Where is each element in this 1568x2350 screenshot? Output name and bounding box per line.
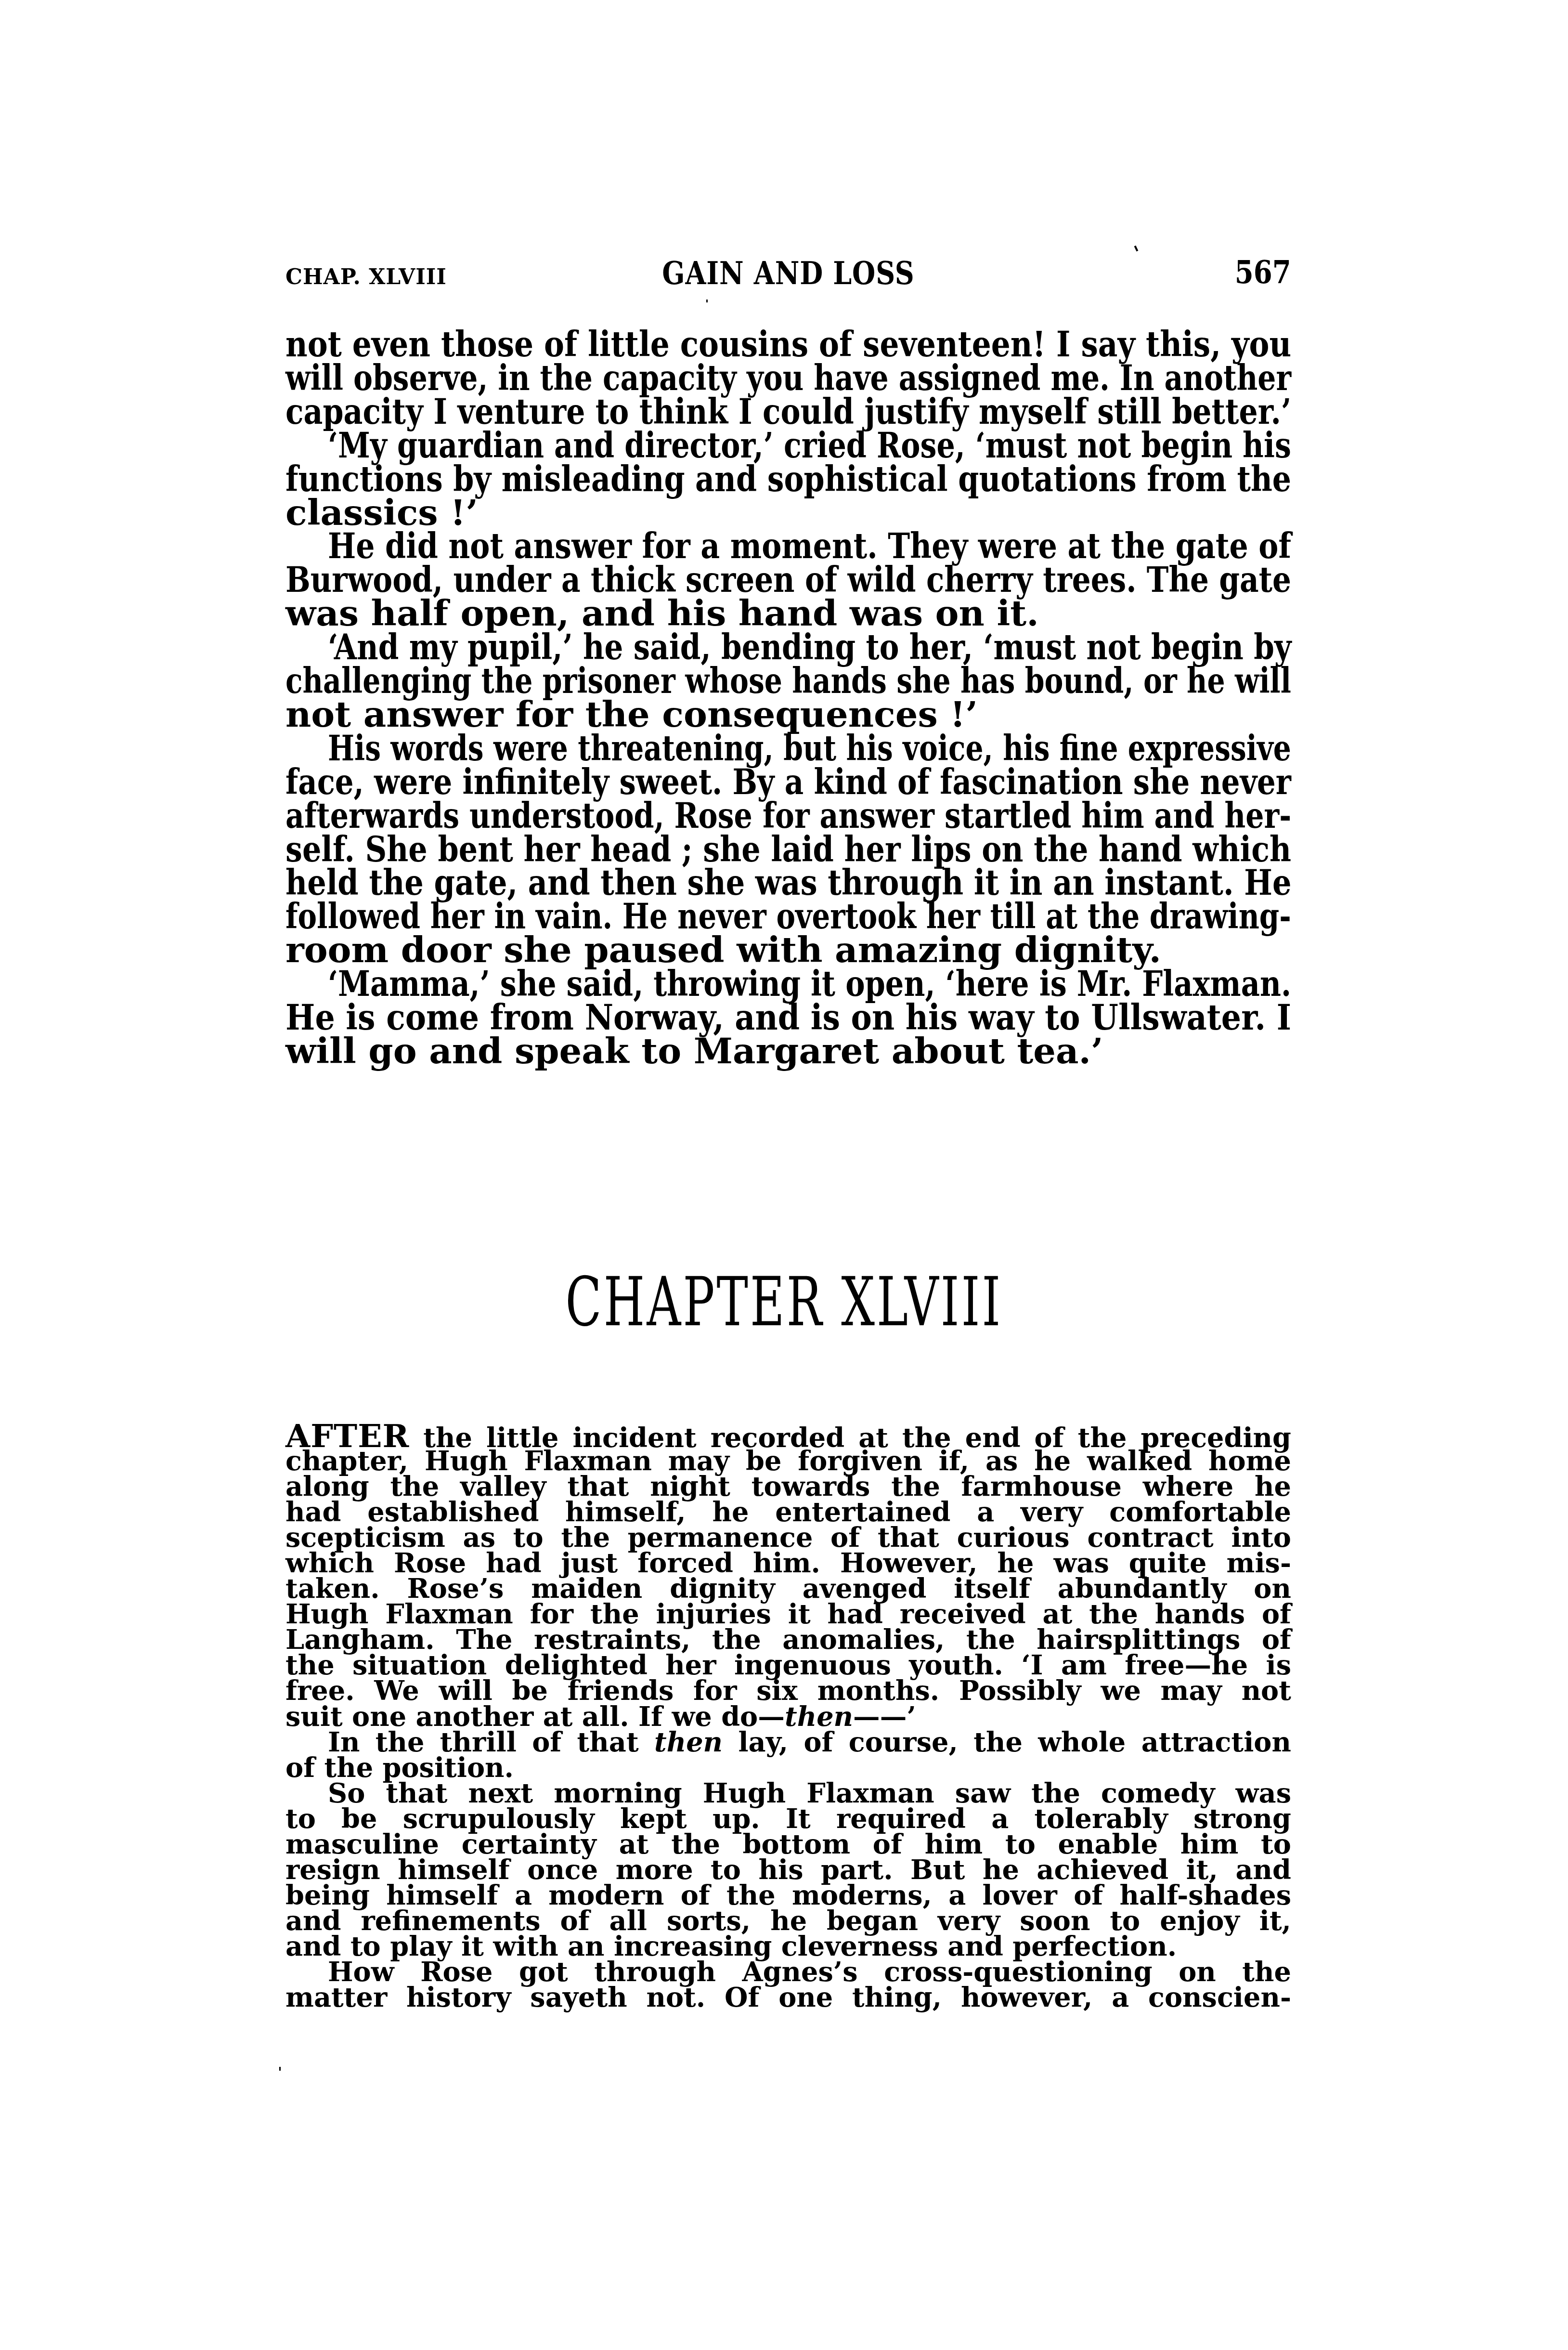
text-line: suit one another at all. If we do—then——… (285, 1693, 1291, 1722)
text-line: to be scrupulously kept up. It required … (285, 1795, 1291, 1824)
text-line: followed her in vain. He never overtook … (285, 892, 1291, 926)
chapter-opening-line: After the little incident recorded at th… (285, 1412, 1291, 1441)
text-line: which Rose had just forced him. However,… (285, 1540, 1291, 1568)
book-page: CHAP. XLVIII GAIN AND LOSS 567 not even … (0, 0, 1568, 2350)
text-line: Burwood, under a thick screen of wild ch… (285, 556, 1291, 589)
text-line: face, were infinitely sweet. By a kind o… (285, 758, 1291, 792)
paragraph-start-line: ‘Mamma,’ she said, throwing it open, ‘he… (328, 960, 1291, 993)
text-line: of the position. (285, 1744, 1291, 1773)
text-line: free. We will be friends for six months.… (285, 1667, 1291, 1696)
text-line: Langham. The restraints, the anomalies, … (285, 1616, 1291, 1645)
text-line: matter history sayeth not. Of one thing,… (285, 1974, 1291, 2003)
text-line: room door she paused with amazing dignit… (285, 926, 1291, 960)
text-line: afterwards understood, Rose for answer s… (285, 792, 1291, 825)
text-line: Hugh Flaxman for the injuries it had rec… (285, 1591, 1291, 1619)
paragraph-start-line: He did not answer for a moment. They wer… (328, 522, 1291, 556)
paragraph-start-line: ‘My guardian and director,’ cried Rose, … (328, 421, 1291, 455)
text-line: along the valley that night towards the … (285, 1463, 1291, 1492)
text-line: not even those of little cousins of seve… (285, 320, 1291, 354)
paragraph-start-line: His words were threatening, but his voic… (328, 724, 1291, 758)
text-line: was half open, and his hand was on it. (285, 589, 1291, 623)
text-line: the situation delighted her ingenuous yo… (285, 1642, 1291, 1671)
paragraph-start-line: So that next morning Hugh Flaxman saw th… (328, 1770, 1291, 1799)
text-line: chapter, Hugh Flaxman may be forgiven if… (285, 1437, 1291, 1466)
text-line: taken. Rose’s maiden dignity avenged its… (285, 1565, 1291, 1594)
scan-speck (706, 300, 708, 302)
text-line: functions by misleading and sophistical … (285, 455, 1291, 489)
text-line: had established himself, he entertained … (285, 1488, 1291, 1517)
text-line: scepticism as to the permanence of that … (285, 1514, 1291, 1543)
text-line: being himself a modern of the moderns, a… (285, 1872, 1291, 1901)
running-head: CHAP. XLVIII GAIN AND LOSS 567 (285, 250, 1291, 294)
text-line: and to play it with an increasing clever… (285, 1923, 1291, 1952)
text-line: will go and speak to Margaret about tea.… (285, 1027, 1291, 1061)
scan-speck (279, 2067, 281, 2071)
text-line: self. She bent her head ; she laid her l… (285, 825, 1291, 859)
text-line: capacity I venture to think I could just… (285, 388, 1291, 421)
chapter-heading: CHAPTER XLVIII (0, 1266, 1568, 1339)
running-head-title: GAIN AND LOSS (366, 254, 1211, 292)
paragraph-start-line: In the thrill of that then lay, of cours… (328, 1719, 1291, 1748)
text-line: challenging the prisoner whose hands she… (285, 657, 1291, 691)
text-line: resign himself once more to his part. Bu… (285, 1846, 1291, 1875)
text-line: classics !’ (285, 489, 1291, 522)
chapter-heading-text: CHAPTER XLVIII (566, 1266, 1003, 1339)
paragraph-start-line: ‘And my pupil,’ he said, bending to her,… (328, 623, 1291, 657)
paragraph-start-line: How Rose got through Agnes’s cross-quest… (328, 1948, 1291, 1977)
page-number: 567 (1235, 253, 1291, 291)
text-line: will observe, in the capacity you have a… (285, 354, 1291, 388)
text-line: He is come from Norway, and is on his wa… (285, 993, 1291, 1027)
text-line: held the gate, and then she was through … (285, 859, 1291, 892)
text-line: not answer for the consequences !’ (285, 691, 1291, 724)
text-line: and refinements of all sorts, he began v… (285, 1897, 1291, 1926)
text-line: masculine certainty at the bottom of him… (285, 1821, 1291, 1850)
